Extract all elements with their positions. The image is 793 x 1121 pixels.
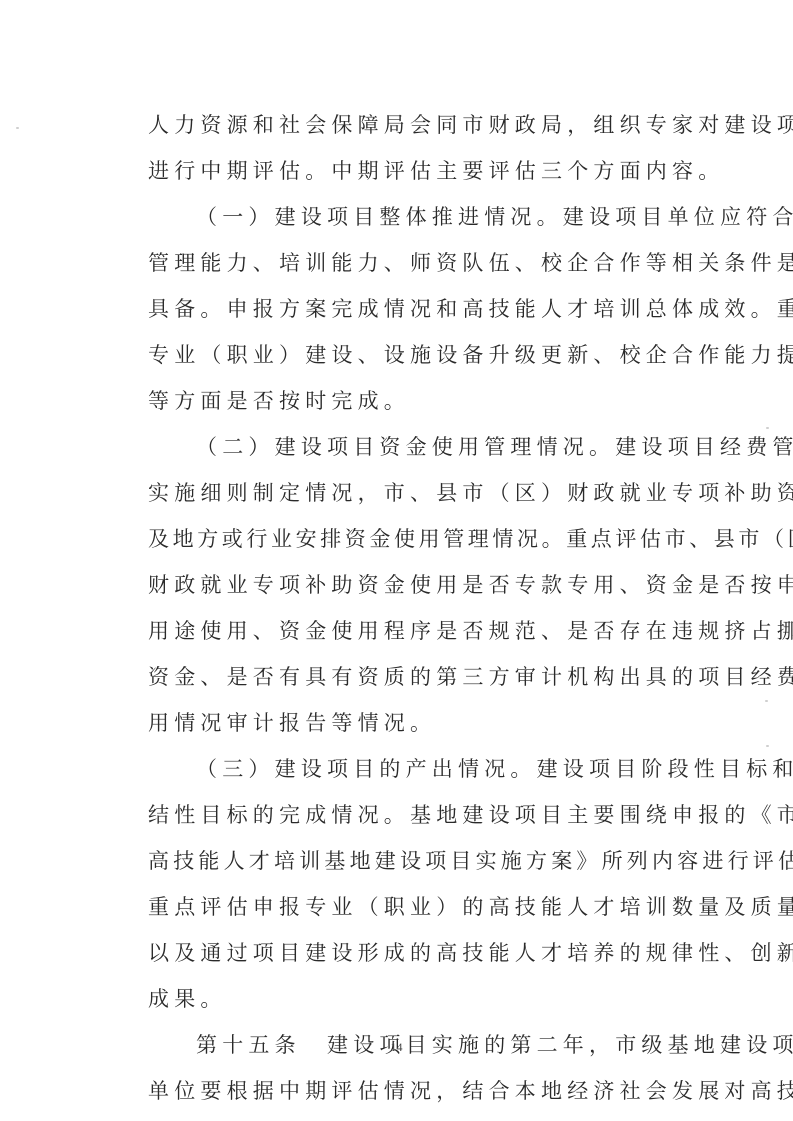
section-1-heading-line: （一）建设项目整体推进情况。建设项目单位应符合的 [196, 204, 793, 230]
text-line: 用情况审计报告等情况。 [148, 710, 436, 736]
section-3-heading-line: （三）建设项目的产出情况。建设项目阶段性目标和终 [196, 756, 793, 782]
text-line: 用途使用、资金使用程序是否规范、是否存在违规挤占挪用 [148, 618, 793, 644]
scan-speck [766, 745, 769, 747]
scan-speck [765, 700, 768, 702]
text-line: 资金、是否有具有资质的第三方审计机构出具的项目经费使 [148, 664, 793, 690]
text-line: 人力资源和社会保障局会同市财政局，组织专家对建设项目 [148, 112, 793, 138]
scan-speck [766, 427, 769, 429]
text-line: 重点评估申报专业（职业）的高技能人才培训数量及质量， [148, 894, 793, 920]
document-page: 人力资源和社会保障局会同市财政局，组织专家对建设项目 进行中期评估。中期评估主要… [0, 0, 793, 1121]
text-line: 结性目标的完成情况。基地建设项目主要围绕申报的《市级 [148, 802, 793, 828]
text-line: 管理能力、培训能力、师资队伍、校企合作等相关条件是否 [148, 250, 793, 276]
text-line: 以及通过项目建设形成的高技能人才培养的规律性、创新性 [148, 940, 793, 966]
section-2-heading-line: （二）建设项目资金使用管理情况。建设项目经费管理 [196, 434, 793, 460]
text-line: 实施细则制定情况，市、县市（区）财政就业专项补助资金 [148, 480, 793, 506]
text-line: 单位要根据中期评估情况，结合本地经济社会发展对高技能 [148, 1078, 793, 1104]
text-line: 等方面是否按时完成。 [148, 388, 410, 414]
text-line: 成果。 [148, 986, 227, 1012]
text-line: 高技能人才培训基地建设项目实施方案》所列内容进行评估， [148, 848, 793, 874]
text-line: 及地方或行业安排资金使用管理情况。重点评估市、县市（区） [148, 526, 793, 552]
scan-speck [16, 127, 19, 129]
text-line: 财政就业专项补助资金使用是否专款专用、资金是否按申报 [148, 572, 793, 598]
text-line: 进行中期评估。中期评估主要评估三个方面内容。 [148, 158, 724, 184]
text-line: 具备。申报方案完成情况和高技能人才培训总体成效。重点 [148, 296, 793, 322]
page-number: 14 [0, 1040, 793, 1055]
text-line: 专业（职业）建设、设施设备升级更新、校企合作能力提升 [148, 342, 793, 368]
